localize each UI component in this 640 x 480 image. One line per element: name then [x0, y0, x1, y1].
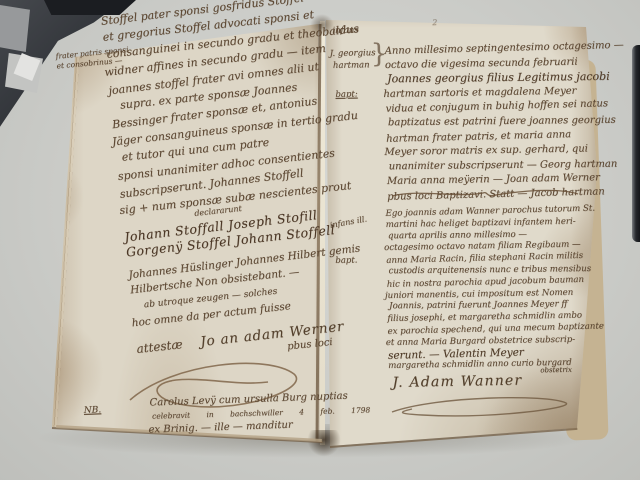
margin-note-infans-ill: infans ill. — [329, 214, 367, 229]
cover-corner-gray-patch — [0, 5, 30, 52]
signature-flourish-icon — [382, 392, 582, 422]
nb-label: NB. — [84, 405, 102, 416]
underline-flourish-icon — [388, 186, 583, 202]
margin-note-bapt: bapt: — [335, 89, 357, 99]
priest-signature: J. Adam Wanner obstetrix — [392, 373, 522, 391]
right-page-text: 2 infans J. georgius hartman } bapt: inf… — [326, 7, 612, 456]
baptism-entry-2: Ego joannis adam Wanner parochus tutorum… — [385, 204, 604, 373]
baptism-entry-1: Anno millesimo septingentesimo octagesim… — [385, 40, 602, 204]
manuscript-photo: frater patris sponsi et consobrinus — St… — [0, 0, 640, 480]
margin-note-name: J. georgius — [330, 48, 376, 59]
folio-number: 2 — [432, 18, 437, 27]
margin-note-name: hartman — [333, 60, 370, 71]
handwriting-line: unanimiter subscripserunt — Georg hartma… — [389, 158, 603, 175]
margin-note-infans: infans — [332, 25, 358, 35]
signature-text: J. Adam Wanner — [392, 373, 522, 391]
dark-edge-strip — [632, 45, 640, 242]
margin-note-bapt: bapt. — [335, 255, 357, 265]
obstetrix-note: obstetrix — [540, 366, 572, 375]
